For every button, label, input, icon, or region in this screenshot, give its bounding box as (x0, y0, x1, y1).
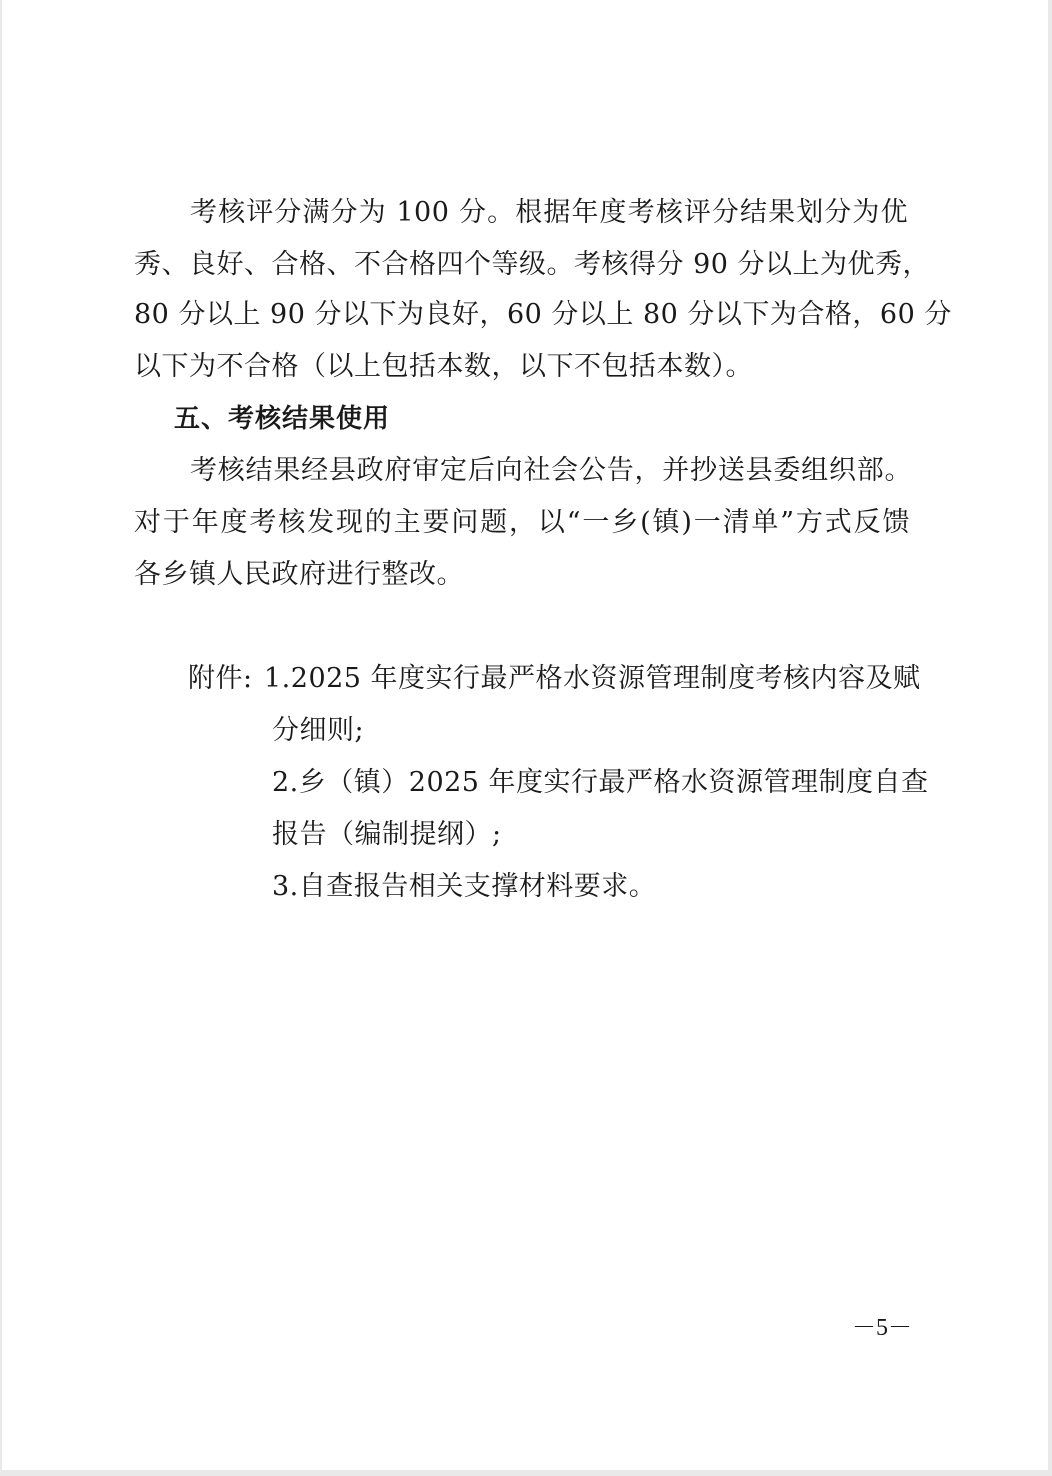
attachment-item-2: 2.乡（镇）2025 年度实行最严格水资源管理制度自查 (272, 766, 910, 800)
document-page: 考核评分满分为 100 分。根据年度考核评分结果划分为优 秀、良好、合格、不合格… (2, 0, 1048, 1470)
page-number: －5－ (852, 1313, 912, 1343)
scoring-paragraph-line-4: 以下为不合格（以上包括本数，以下不包括本数）。 (134, 350, 753, 384)
attachment-item-2-continued: 报告（编制提纲）; (272, 818, 502, 852)
results-paragraph-line-1: 考核结果经县政府审定后向社会公告，并抄送县委组织部。 (190, 454, 912, 488)
attachment-item-3: 3.自查报告相关支撑材料要求。 (272, 870, 656, 904)
attachments-label: 附件: (188, 662, 253, 696)
results-paragraph-line-3: 各乡镇人民政府进行整改。 (134, 558, 464, 592)
scoring-paragraph-line-3: 80 分以上 90 分以下为良好，60 分以上 80 分以下为合格，60 分 (134, 298, 910, 332)
scoring-paragraph-line-2: 秀、良好、合格、不合格四个等级。考核得分 90 分以上为优秀， (134, 248, 912, 282)
attachment-item-1: 1.2025 年度实行最严格水资源管理制度考核内容及赋 (264, 662, 910, 696)
scoring-paragraph-line-1: 考核评分满分为 100 分。根据年度考核评分结果划分为优 (190, 196, 908, 230)
attachment-item-1-continued: 分细则; (272, 714, 364, 748)
results-paragraph-line-2: 对于年度考核发现的主要问题，以“一乡(镇)一清单”方式反馈 (134, 506, 910, 540)
section-heading-five: 五、考核结果使用 (174, 402, 390, 436)
